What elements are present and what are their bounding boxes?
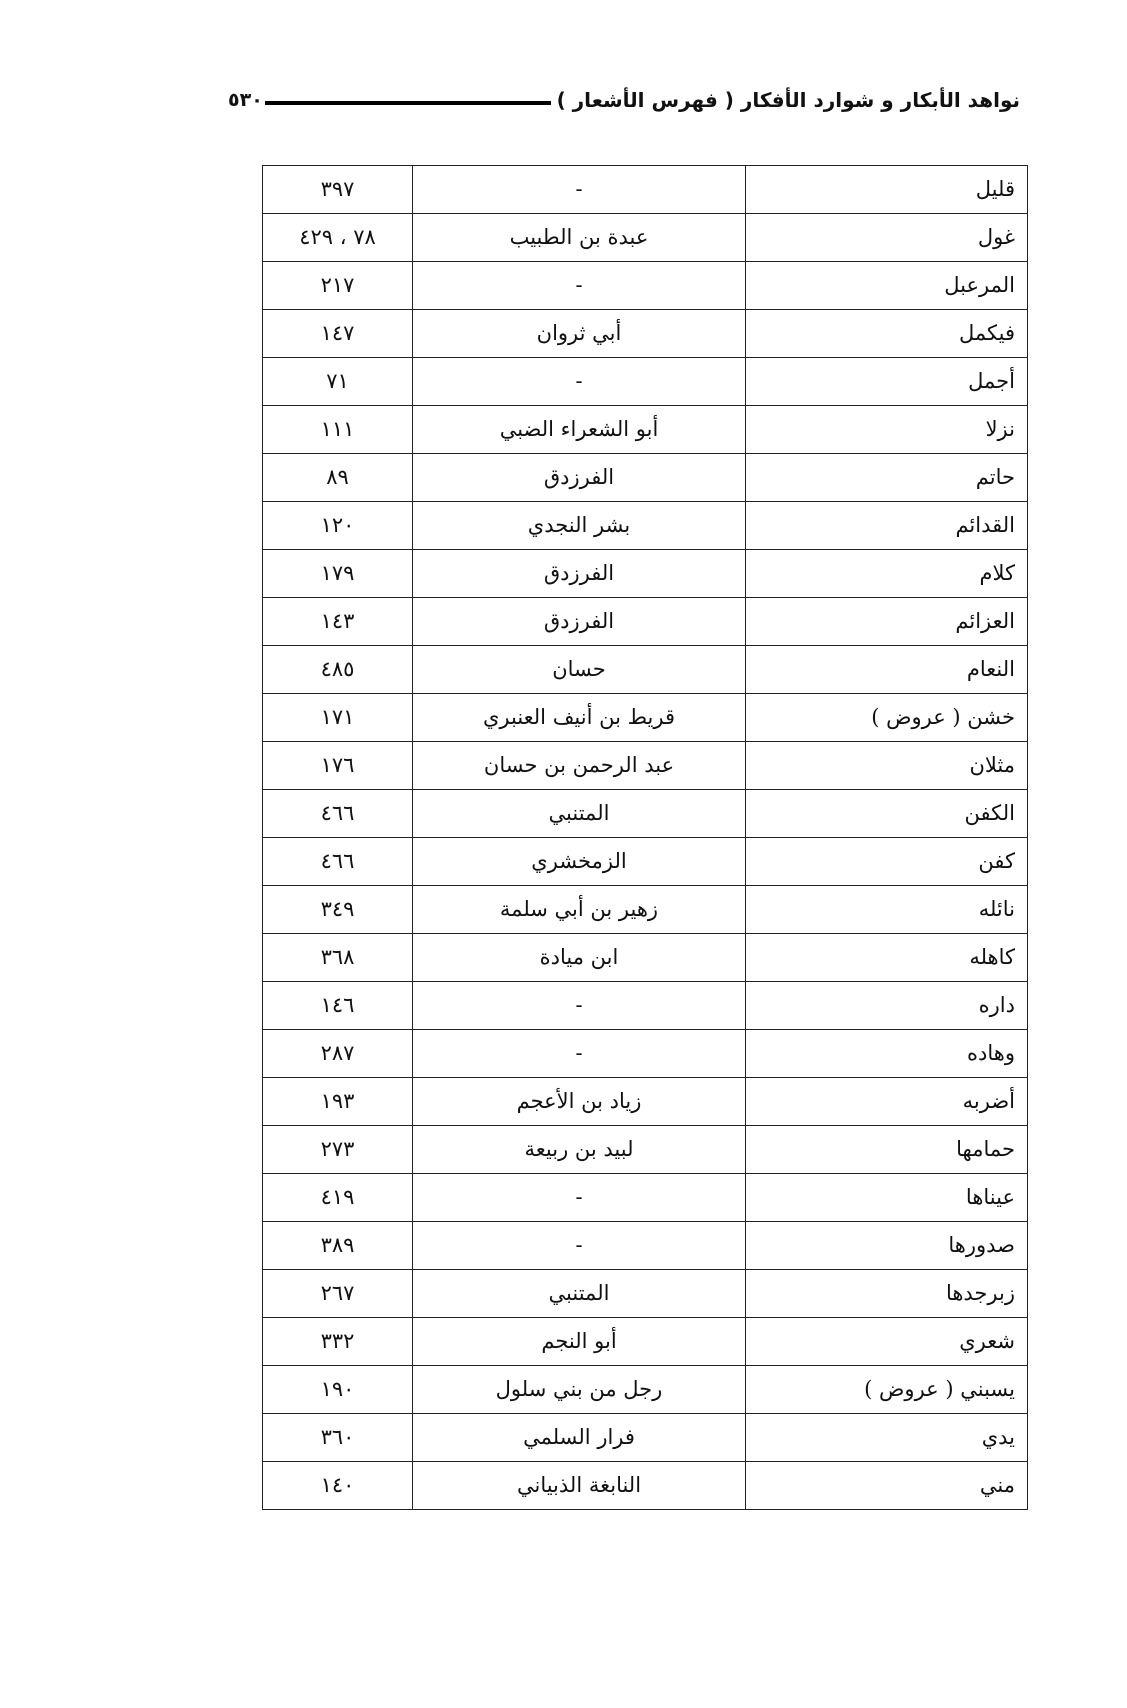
page-cell: ١١١ (263, 406, 413, 454)
rhyme-cell: زبرجدها (746, 1270, 1028, 1318)
table-row: كلام الفرزدق ١٧٩ (263, 550, 1028, 598)
poet-cell: الفرزدق (413, 598, 746, 646)
rhyme-cell: داره (746, 982, 1028, 1030)
table-row: النعام حسان ٤٨٥ (263, 646, 1028, 694)
poet-cell: لبيد بن ربيعة (413, 1126, 746, 1174)
poet-cell: النابغة الذبياني (413, 1462, 746, 1510)
poet-cell: رجل من بني سلول (413, 1366, 746, 1414)
page-cell: ٣٦٠ (263, 1414, 413, 1462)
poet-cell: - (413, 1174, 746, 1222)
table-row: خشن ( عروض ) قريط بن أنيف العنبري ١٧١ (263, 694, 1028, 742)
rhyme-cell: عيناها (746, 1174, 1028, 1222)
page-cell: ٢١٧ (263, 262, 413, 310)
table-row: أضربه زياد بن الأعجم ١٩٣ (263, 1078, 1028, 1126)
table-row: القدائم بشر النجدي ١٢٠ (263, 502, 1028, 550)
page-cell: ١٩٣ (263, 1078, 413, 1126)
page-cell: ٢٨٧ (263, 1030, 413, 1078)
rhyme-cell: نائله (746, 886, 1028, 934)
rhyme-cell: مني (746, 1462, 1028, 1510)
poet-cell: المتنبي (413, 1270, 746, 1318)
poetry-index-table: قليل - ٣٩٧ غول عبدة بن الطبيب ٧٨ ، ٤٢٩ ا… (262, 165, 1028, 1510)
rhyme-cell: القدائم (746, 502, 1028, 550)
rhyme-cell: كلام (746, 550, 1028, 598)
rhyme-cell: يسبني ( عروض ) (746, 1366, 1028, 1414)
poet-cell: ابن ميادة (413, 934, 746, 982)
page-cell: ٧١ (263, 358, 413, 406)
poet-cell: - (413, 1030, 746, 1078)
poet-cell: - (413, 1222, 746, 1270)
rhyme-cell: أضربه (746, 1078, 1028, 1126)
page-cell: ٤٦٦ (263, 790, 413, 838)
table-row: شعري أبو النجم ٣٣٢ (263, 1318, 1028, 1366)
table-row: فيكمل أبي ثروان ١٤٧ (263, 310, 1028, 358)
poet-cell: - (413, 262, 746, 310)
poet-cell: - (413, 358, 746, 406)
table-row: العزائم الفرزدق ١٤٣ (263, 598, 1028, 646)
page-cell: ١٧١ (263, 694, 413, 742)
rhyme-cell: حمامها (746, 1126, 1028, 1174)
page-cell: ٣٣٢ (263, 1318, 413, 1366)
poet-cell: أبي ثروان (413, 310, 746, 358)
page-cell: ١٢٠ (263, 502, 413, 550)
table-row: يسبني ( عروض ) رجل من بني سلول ١٩٠ (263, 1366, 1028, 1414)
rhyme-cell: فيكمل (746, 310, 1028, 358)
page-cell: ٢٧٣ (263, 1126, 413, 1174)
header-rule (265, 101, 551, 105)
table-row: حاتم الفرزدق ٨٩ (263, 454, 1028, 502)
table-row: يدي فرار السلمي ٣٦٠ (263, 1414, 1028, 1462)
page-cell: ١٤٠ (263, 1462, 413, 1510)
poet-cell: الفرزدق (413, 550, 746, 598)
page-cell: ٤١٩ (263, 1174, 413, 1222)
table-row: غول عبدة بن الطبيب ٧٨ ، ٤٢٩ (263, 214, 1028, 262)
rhyme-cell: كاهله (746, 934, 1028, 982)
rhyme-cell: قليل (746, 166, 1028, 214)
rhyme-cell: يدي (746, 1414, 1028, 1462)
poet-cell: عبد الرحمن بن حسان (413, 742, 746, 790)
poet-cell: الفرزدق (413, 454, 746, 502)
page-cell: ٣٩٧ (263, 166, 413, 214)
rhyme-cell: المرعبل (746, 262, 1028, 310)
poet-cell: فرار السلمي (413, 1414, 746, 1462)
page-cell: ١٤٣ (263, 598, 413, 646)
page-number: ٥٣٠ (228, 91, 263, 110)
running-title: نواهد الأبكار و شوارد الأفكار ( فهرس الأ… (557, 88, 1020, 112)
table-body: قليل - ٣٩٧ غول عبدة بن الطبيب ٧٨ ، ٤٢٩ ا… (263, 166, 1028, 1510)
poet-cell: زهير بن أبي سلمة (413, 886, 746, 934)
poet-cell: - (413, 982, 746, 1030)
page-cell: ٧٨ ، ٤٢٩ (263, 214, 413, 262)
poet-cell: - (413, 166, 746, 214)
rhyme-cell: خشن ( عروض ) (746, 694, 1028, 742)
page-cell: ١٧٩ (263, 550, 413, 598)
rhyme-cell: النعام (746, 646, 1028, 694)
rhyme-cell: صدورها (746, 1222, 1028, 1270)
page-cell: ١٩٠ (263, 1366, 413, 1414)
table-row: المرعبل - ٢١٧ (263, 262, 1028, 310)
poet-cell: بشر النجدي (413, 502, 746, 550)
rhyme-cell: غول (746, 214, 1028, 262)
table-row: عيناها - ٤١٩ (263, 1174, 1028, 1222)
page-cell: ١٤٧ (263, 310, 413, 358)
table-row: حمامها لبيد بن ربيعة ٢٧٣ (263, 1126, 1028, 1174)
rhyme-cell: حاتم (746, 454, 1028, 502)
page-cell: ٣٤٩ (263, 886, 413, 934)
poet-cell: زياد بن الأعجم (413, 1078, 746, 1126)
rhyme-cell: العزائم (746, 598, 1028, 646)
table-row: وهاده - ٢٨٧ (263, 1030, 1028, 1078)
poet-cell: عبدة بن الطبيب (413, 214, 746, 262)
poet-cell: أبو الشعراء الضبي (413, 406, 746, 454)
page-cell: ٤٦٦ (263, 838, 413, 886)
rhyme-cell: شعري (746, 1318, 1028, 1366)
page-cell: ٤٨٥ (263, 646, 413, 694)
table-row: أجمل - ٧١ (263, 358, 1028, 406)
table-row: زبرجدها المتنبي ٢٦٧ (263, 1270, 1028, 1318)
table-row: نائله زهير بن أبي سلمة ٣٤٩ (263, 886, 1028, 934)
page-cell: ٣٨٩ (263, 1222, 413, 1270)
table-row: نزلا أبو الشعراء الضبي ١١١ (263, 406, 1028, 454)
page-cell: ١٤٦ (263, 982, 413, 1030)
table-row: داره - ١٤٦ (263, 982, 1028, 1030)
rhyme-cell: أجمل (746, 358, 1028, 406)
rhyme-cell: الكفن (746, 790, 1028, 838)
poet-cell: أبو النجم (413, 1318, 746, 1366)
poet-cell: المتنبي (413, 790, 746, 838)
table-row: مني النابغة الذبياني ١٤٠ (263, 1462, 1028, 1510)
poet-cell: حسان (413, 646, 746, 694)
rhyme-cell: كفن (746, 838, 1028, 886)
poet-cell: الزمخشري (413, 838, 746, 886)
rhyme-cell: وهاده (746, 1030, 1028, 1078)
page-cell: ٨٩ (263, 454, 413, 502)
table-row: الكفن المتنبي ٤٦٦ (263, 790, 1028, 838)
table-row: صدورها - ٣٨٩ (263, 1222, 1028, 1270)
poet-cell: قريط بن أنيف العنبري (413, 694, 746, 742)
rhyme-cell: مثلان (746, 742, 1028, 790)
running-header: ٥٣٠ نواهد الأبكار و شوارد الأفكار ( فهرس… (228, 82, 1020, 118)
page-cell: ٢٦٧ (263, 1270, 413, 1318)
page-cell: ٣٦٨ (263, 934, 413, 982)
table-row: كفن الزمخشري ٤٦٦ (263, 838, 1028, 886)
page-cell: ١٧٦ (263, 742, 413, 790)
table-row: مثلان عبد الرحمن بن حسان ١٧٦ (263, 742, 1028, 790)
rhyme-cell: نزلا (746, 406, 1028, 454)
table-row: قليل - ٣٩٧ (263, 166, 1028, 214)
table-row: كاهله ابن ميادة ٣٦٨ (263, 934, 1028, 982)
